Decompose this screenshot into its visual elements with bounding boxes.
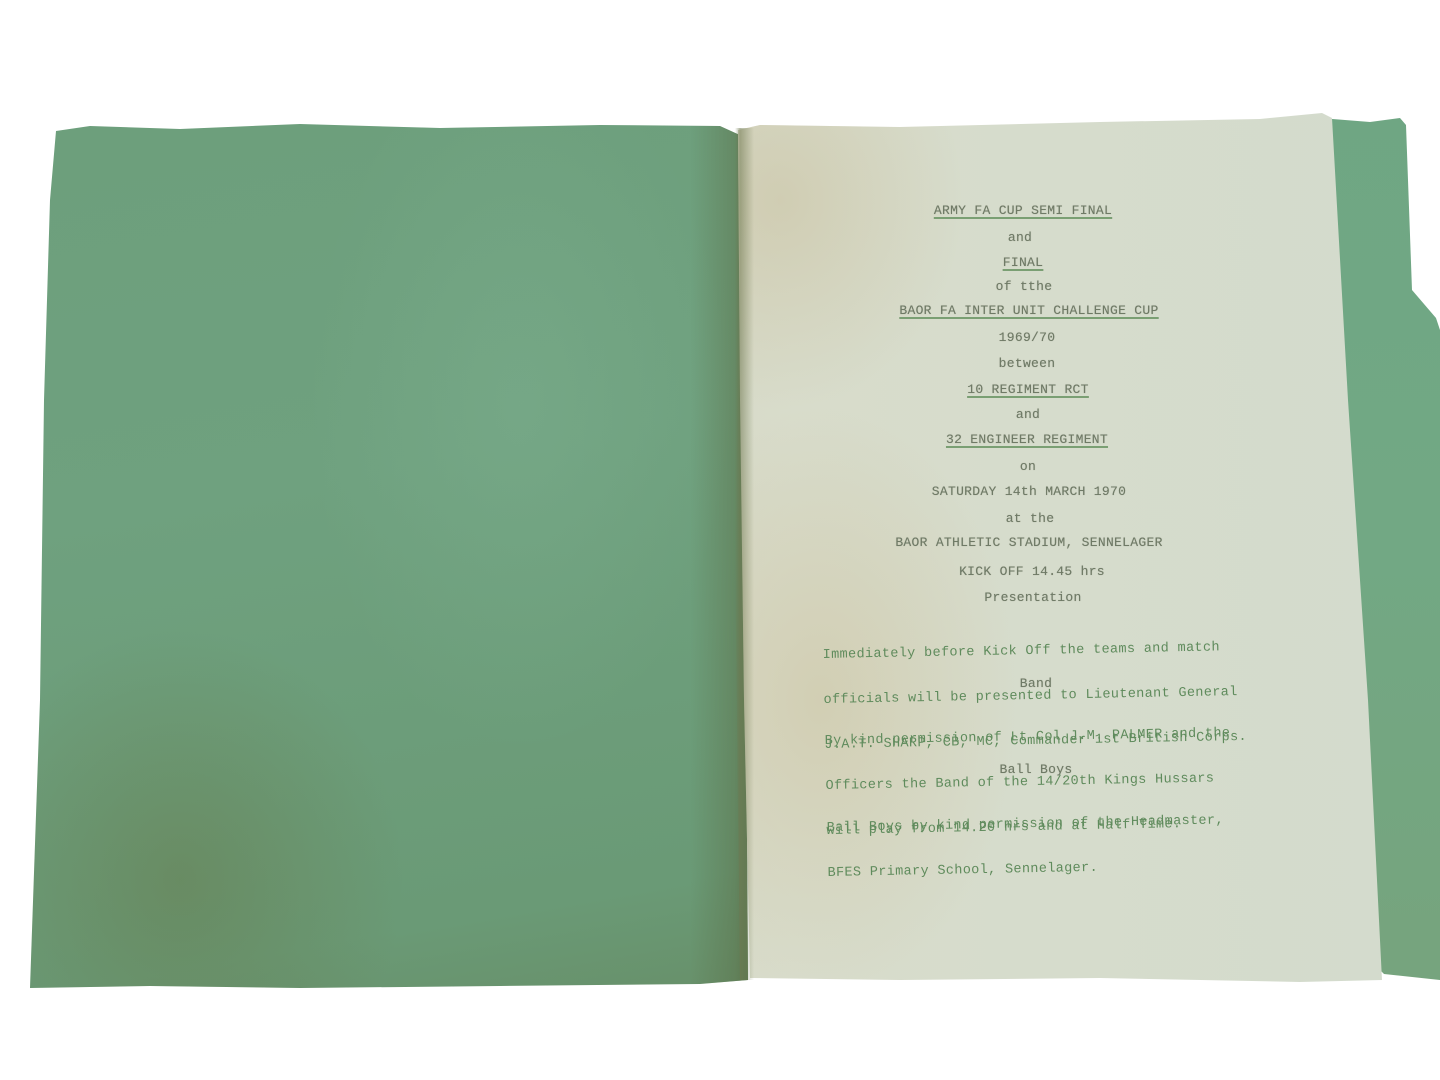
ball-boys-line-1: Ball Boys by kind permission of the Head…	[827, 813, 1224, 836]
open-programme-booklet: ARMY FA CUP SEMI FINAL and FINAL of tthe…	[0, 0, 1440, 1080]
season-year: 1969/70	[999, 330, 1056, 345]
title-army-fa-cup-semi-final: ARMY FA CUP SEMI FINAL	[934, 203, 1112, 218]
section-title-band: Band	[1020, 676, 1052, 691]
connector-and-2: and	[1016, 407, 1040, 422]
ball-boys-paragraph: Ball Boys by kind permission of the Head…	[826, 783, 1225, 911]
title-final: FINAL	[1003, 255, 1044, 270]
connector-and: and	[1008, 230, 1032, 245]
section-title-presentation: Presentation	[984, 590, 1081, 605]
kick-off-time: KICK OFF 14.45 hrs	[959, 564, 1105, 579]
title-baor-challenge-cup: BAOR FA INTER UNIT CHALLENGE CUP	[899, 303, 1158, 318]
connector-on: on	[1020, 459, 1036, 474]
connector-at-the: at the	[1006, 511, 1055, 526]
ball-boys-line-2: BFES Primary School, Sennelager.	[827, 858, 1224, 881]
team-two: 32 ENGINEER REGIMENT	[946, 432, 1108, 447]
venue: BAOR ATHLETIC STADIUM, SENNELAGER	[895, 535, 1162, 550]
section-title-ball-boys: Ball Boys	[1000, 762, 1073, 777]
connector-between: between	[999, 356, 1056, 371]
presentation-line-1: Immediately before Kick Off the teams an…	[823, 640, 1246, 663]
band-line-1: By kind permission of Lt Col J.M. PALMER…	[825, 726, 1231, 749]
match-date: SATURDAY 14th MARCH 1970	[932, 484, 1126, 499]
team-one: 10 REGIMENT RCT	[967, 382, 1089, 397]
connector-of-the: of tthe	[996, 279, 1053, 294]
